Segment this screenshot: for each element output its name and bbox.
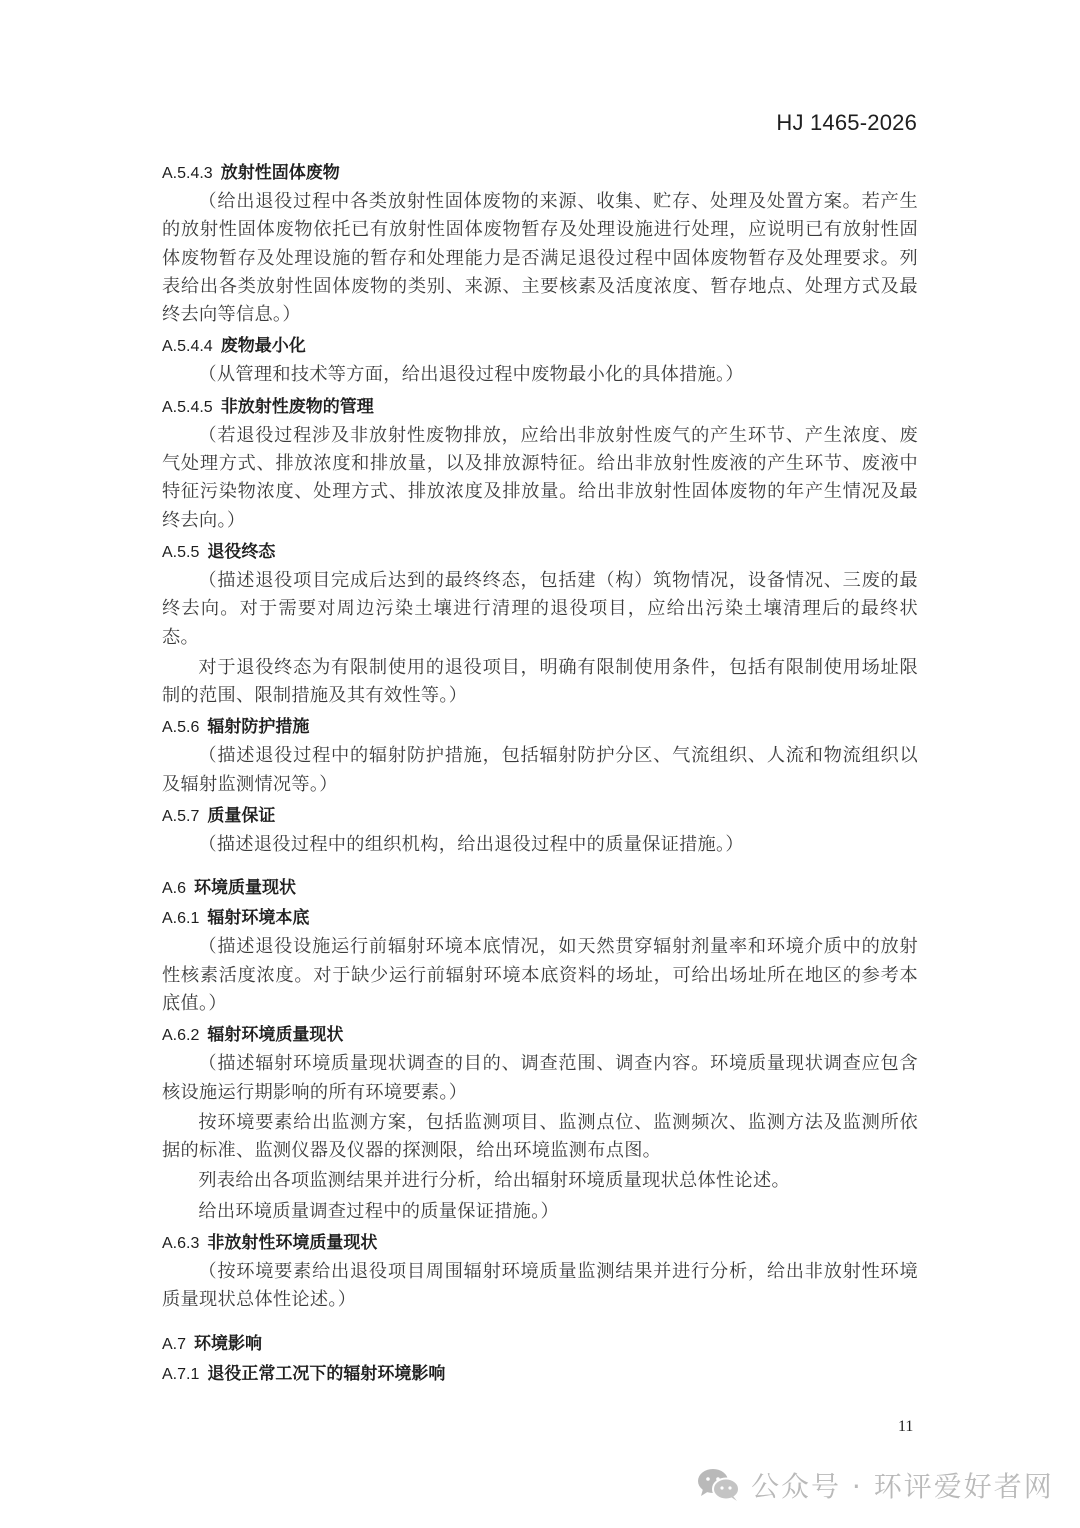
paragraph: （描述退役过程中的组织机构，给出退役过程中的质量保证措施。） (162, 831, 918, 859)
section-heading: A.7.1退役正常工况下的辐射环境影响 (162, 1359, 918, 1389)
paragraph: 给出环境质量调查过程中的质量保证措施。） (162, 1198, 918, 1226)
section-number: A.5.5 (162, 544, 199, 561)
section-heading: A.6.2辐射环境质量现状 (162, 1020, 918, 1050)
section-heading: A.6.3非放射性环境质量现状 (162, 1228, 918, 1258)
paragraph: （描述退役设施运行前辐射环境本底情况，如天然贯穿辐射剂量率和环境介质中的放射性核… (162, 933, 918, 1018)
paragraph: （描述辐射环境质量现状调查的目的、调查范围、调查内容。环境质量现状调查应包含核设… (162, 1050, 918, 1107)
watermark-text: 公众号 · 环评爱好者网 (751, 1465, 1054, 1505)
section-number: A.5.4.5 (162, 399, 213, 416)
section-title: 辐射环境本底 (207, 908, 309, 928)
section-heading: A.5.4.5非放射性废物的管理 (162, 392, 918, 422)
section-number: A.5.4.4 (162, 338, 213, 355)
section-number: A.5.6 (162, 719, 199, 736)
section-heading: A.5.6辐射防护措施 (162, 712, 918, 742)
section-heading: A.5.7质量保证 (162, 801, 918, 831)
chapter-heading: A.7环境影响 (162, 1329, 918, 1359)
section-title: 退役终态 (207, 542, 275, 562)
document-body: A.5.4.3放射性固体废物 （给出退役过程中各类放射性固体废物的来源、收集、贮… (162, 158, 918, 1389)
section-title: 环境质量现状 (194, 878, 296, 898)
section-title: 辐射防护措施 (207, 717, 309, 737)
section-title: 质量保证 (207, 806, 275, 826)
section-number: A.5.4.3 (162, 165, 213, 182)
section-number: A.6.3 (162, 1235, 199, 1252)
paragraph: 列表给出各项监测结果并进行分析，给出辐射环境质量现状总体性论述。 (162, 1167, 918, 1195)
document-page: HJ 1465-2026 A.5.4.3放射性固体废物 （给出退役过程中各类放射… (0, 0, 1080, 1528)
paragraph: （按环境要素给出退役项目周围辐射环境质量监测结果并进行分析，给出非放射性环境质量… (162, 1258, 918, 1315)
paragraph: 按环境要素给出监测方案，包括监测项目、监测点位、监测频次、监测方法及监测所依据的… (162, 1109, 918, 1166)
paragraph: （若退役过程涉及非放射性废物排放，应给出非放射性废气的产生环节、产生浓度、废气处… (162, 422, 918, 535)
section-heading: A.5.4.3放射性固体废物 (162, 158, 918, 188)
section-number: A.7.1 (162, 1366, 199, 1383)
section-title: 辐射环境质量现状 (207, 1025, 343, 1045)
page-number: 11 (898, 1418, 913, 1436)
section-number: A.6 (162, 880, 186, 897)
paragraph: （给出退役过程中各类放射性固体废物的来源、收集、贮存、处理及处置方案。若产生的放… (162, 188, 918, 329)
section-number: A.6.2 (162, 1027, 199, 1044)
standard-code: HJ 1465-2026 (776, 110, 917, 136)
paragraph: （描述退役过程中的辐射防护措施，包括辐射防护分区、气流组织、人流和物流组织以及辐… (162, 742, 918, 799)
watermark: 公众号 · 环评爱好者网 (697, 1465, 1054, 1505)
section-title: 非放射性废物的管理 (221, 397, 374, 417)
section-number: A.5.7 (162, 808, 199, 825)
paragraph: （描述退役项目完成后达到的最终终态，包括建（构）筑物情况，设备情况、三废的最终去… (162, 567, 918, 652)
section-heading: A.5.5退役终态 (162, 537, 918, 567)
chapter-heading: A.6环境质量现状 (162, 873, 918, 903)
section-number: A.7 (162, 1336, 186, 1353)
section-title: 废物最小化 (221, 336, 306, 356)
section-title: 退役正常工况下的辐射环境影响 (207, 1364, 445, 1384)
paragraph: （从管理和技术等方面，给出退役过程中废物最小化的具体措施。） (162, 361, 918, 389)
paragraph: 对于退役终态为有限制使用的退役项目，明确有限制使用条件，包括有限制使用场址限制的… (162, 654, 918, 711)
section-title: 放射性固体废物 (221, 163, 340, 183)
section-heading: A.5.4.4废物最小化 (162, 331, 918, 361)
section-heading: A.6.1辐射环境本底 (162, 903, 918, 933)
section-title: 非放射性环境质量现状 (207, 1233, 377, 1253)
section-number: A.6.1 (162, 910, 199, 927)
wechat-icon (697, 1468, 741, 1502)
section-title: 环境影响 (194, 1334, 262, 1354)
